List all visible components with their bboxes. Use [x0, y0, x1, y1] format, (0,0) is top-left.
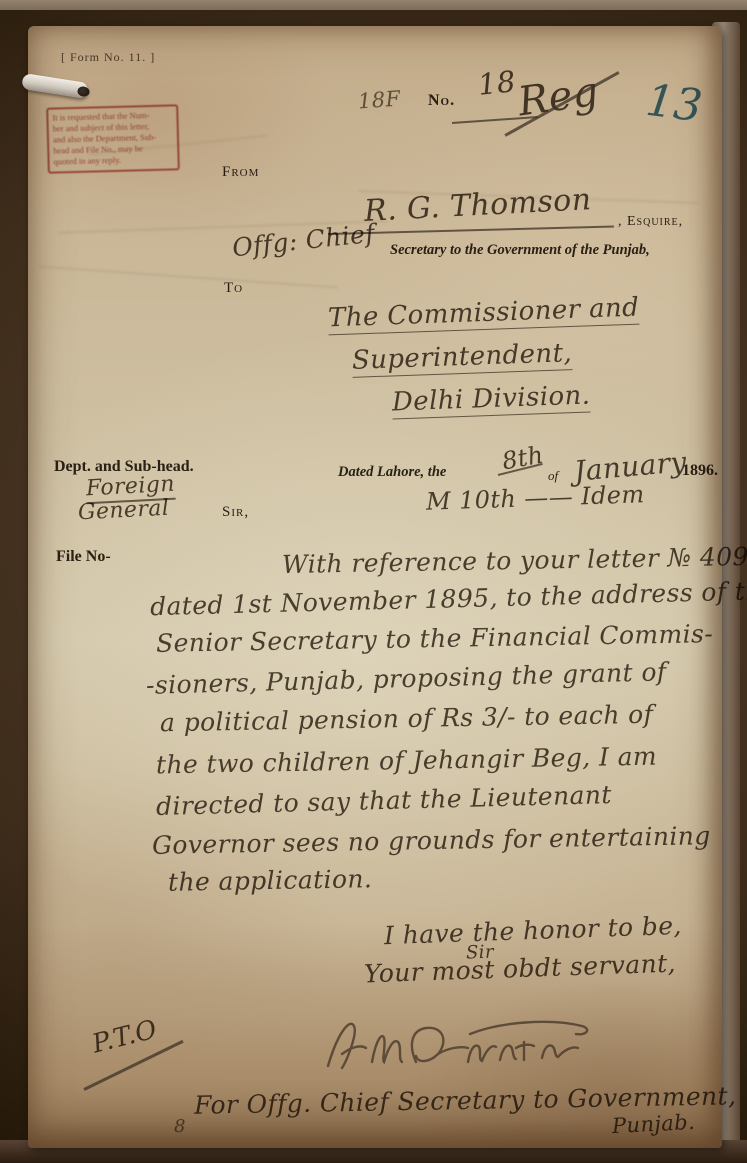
file-no-label: File No- — [56, 548, 111, 566]
salutation: Sir, — [222, 504, 249, 521]
body-line-5: a political pension of Rs 3/- to each of — [160, 700, 654, 738]
scanned-letter: [ Form No. 11. ] It is requested that th… — [0, 0, 747, 1163]
no-value: 18 — [476, 64, 517, 102]
footer-place: Punjab. — [611, 1110, 695, 1138]
body-line-8: Governor sees no grounds for entertainin… — [152, 821, 711, 860]
pencil-ref-18f: 18F — [357, 87, 401, 114]
dept-line-general: General — [77, 496, 169, 526]
dated-prefix: Dated Lahore, the — [338, 464, 446, 481]
closing-line-1: I have the honor to be, — [384, 911, 683, 950]
blue-folio-number: 13 — [643, 75, 705, 132]
binding-top-edge — [0, 0, 747, 10]
pto-note: P.T.O — [89, 1015, 160, 1060]
from-title-printed: Secretary to the Government of the Punja… — [390, 242, 650, 259]
body-line-3: Senior Secretary to the Financial Commis… — [156, 619, 714, 658]
body-line-6: the two children of Jehangir Beg, I am — [156, 742, 657, 780]
date-day: 8th — [500, 441, 546, 476]
date-correction: M 10th —— Idem — [426, 480, 645, 516]
body-line-4: -sioners, Punjab, proposing the grant of — [146, 657, 667, 700]
to-line-3: Delhi Division. — [392, 381, 591, 420]
date-year: 1896. — [682, 462, 718, 480]
esquire-label: , Esquire, — [618, 214, 683, 230]
reg-annotation: Reg — [515, 69, 601, 126]
no-label: No. — [428, 92, 455, 110]
letter-page: [ Form No. 11. ] It is requested that th… — [28, 26, 722, 1148]
body-line-9: the application. — [168, 864, 373, 897]
binding-string — [21, 73, 89, 99]
from-label: From — [222, 164, 259, 181]
paper-crease — [38, 266, 337, 289]
stamp-line: quoted in any reply. — [53, 153, 173, 167]
to-line-2: Superintendent, — [352, 338, 573, 378]
signature-scrawl — [320, 1004, 610, 1084]
body-line-1: With reference to your letter № 409 — [282, 542, 747, 579]
from-name: R. G. Thomson — [363, 182, 592, 229]
footer-pencil-mark: 8 — [174, 1116, 186, 1137]
date-of: of — [548, 468, 558, 484]
form-number: [ Form No. 11. ] — [61, 50, 155, 65]
red-office-stamp: It is requested that the Num- ber and su… — [46, 104, 180, 173]
body-line-7: directed to say that the Lieutenant — [156, 780, 612, 821]
body-line-2: dated 1st November 1895, to the address … — [150, 576, 747, 621]
to-label: To — [224, 280, 243, 297]
closing-line-2: Your most obdt servant, — [364, 949, 677, 989]
to-line-1: The Commissioner and — [328, 293, 640, 336]
